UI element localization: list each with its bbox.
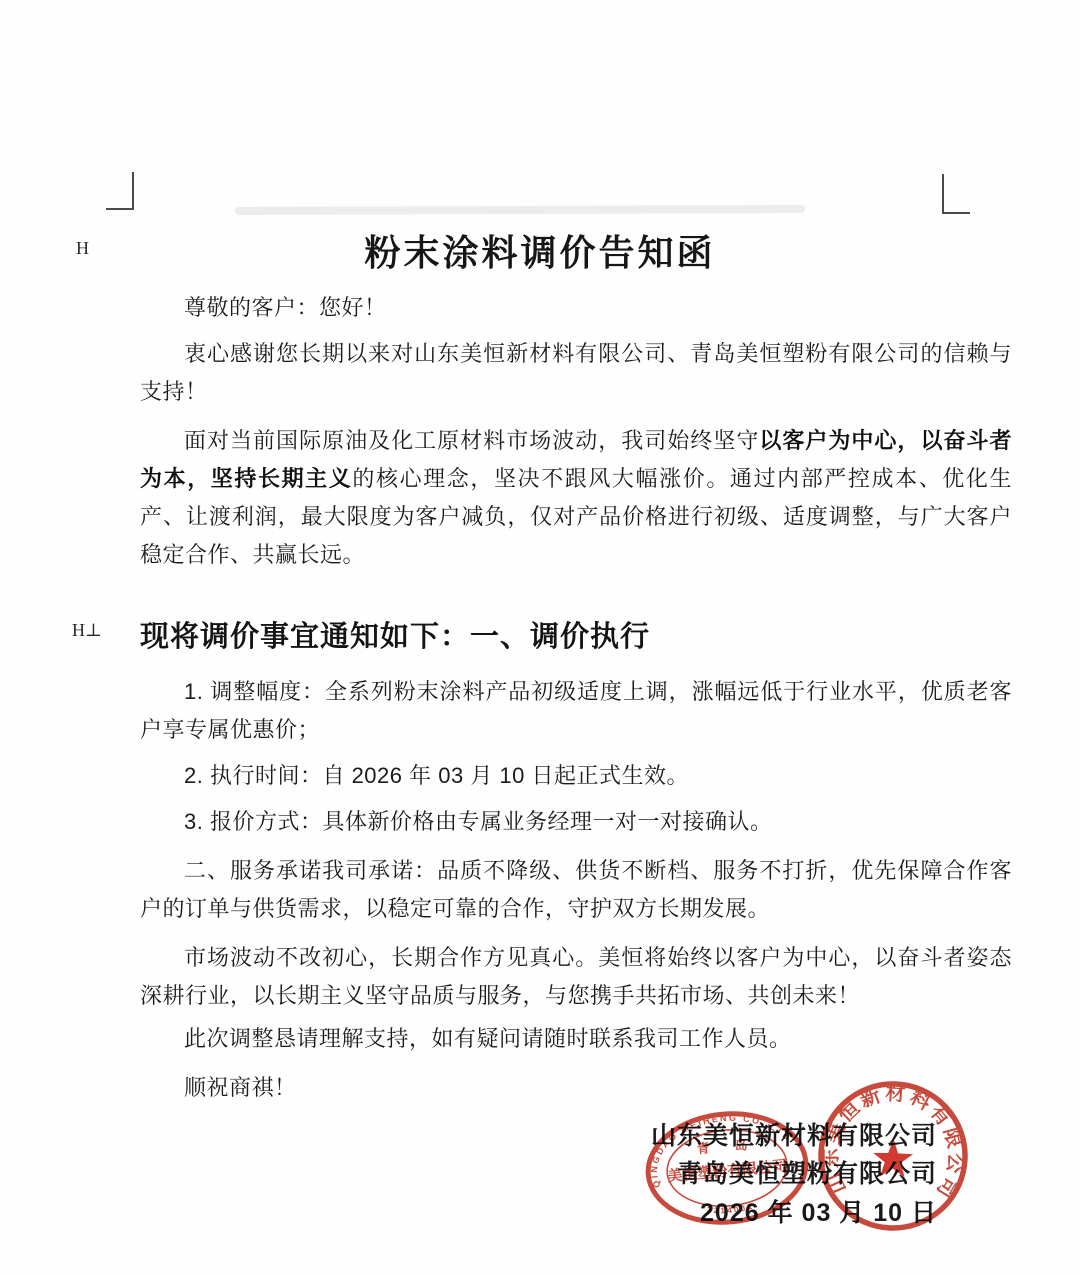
list-item-1: 1. 调整幅度：全系列粉末涂料产品初级适度上调，涨幅远低于行业水平，优质老客户享… — [140, 673, 1012, 749]
oval-company-seal: QINGDAO MEIHENG CO.,LTD 3214001 青 岛 美恒塑粉… — [637, 1101, 817, 1235]
margin-note-h1: H⊥ — [72, 620, 102, 641]
oval-seal-main-text: 美恒塑粉有限公司 — [667, 1157, 788, 1185]
list-item-3: 3. 报价方式：具体新价格由专属业务经理一对一对接确认。 — [140, 803, 1012, 841]
margin-corner-right-horizontal — [944, 212, 970, 214]
margin-corner-left-vertical — [132, 172, 134, 210]
paragraph-service: 二、服务承诺我司承诺：品质不降级、供货不断档、服务不打折，优先保障合作客户的订单… — [140, 852, 1012, 928]
margin-corner-left-horizontal — [106, 208, 132, 210]
round-seal-star-icon — [872, 1138, 913, 1177]
paragraph-longterm: 市场波动不改初心，长期合作方见真心。美恒将始终以客户为中心，以奋斗者姿态深耕行业… — [140, 939, 1012, 1015]
market-text-pre: 面对当前国际原油及化工原材料市场波动，我司始终坚守 — [184, 428, 759, 453]
scanned-letter-page: H H⊥ 粉末涂料调价告知函 尊敬的客户：您好！ 衷心感谢您长期以来对山东美恒新… — [0, 0, 1080, 1275]
margin-note-h: H — [76, 238, 89, 259]
oval-seal-top-text: 青 岛 — [696, 1137, 754, 1157]
oval-seal-serial-number: 3214001 — [706, 1201, 756, 1217]
round-company-seal: 山东美恒新材料有限公司 — [810, 1073, 975, 1238]
paragraph-closing: 此次调整恳请理解支持，如有疑问请随时联系我司工作人员。 — [140, 1020, 1012, 1058]
document-title: 粉末涂料调价告知函 — [105, 225, 975, 276]
paragraph-thanks: 衷心感谢您长期以来对山东美恒新材料有限公司、青岛美恒塑粉有限公司的信赖与支持！ — [140, 335, 1012, 411]
section-heading-notice: 现将调价事宜通知如下：一、调价执行 — [140, 614, 1012, 655]
greeting-line: 尊敬的客户：您好！ — [140, 289, 1012, 327]
scan-smudge-artifact — [235, 205, 805, 215]
list-item-2: 2. 执行时间：自 2026 年 03 月 10 日起正式生效。 — [140, 757, 1012, 795]
margin-corner-right-vertical — [942, 174, 944, 214]
paragraph-market: 面对当前国际原油及化工原材料市场波动，我司始终坚守以客户为中心，以奋斗者为本，坚… — [140, 422, 1012, 574]
